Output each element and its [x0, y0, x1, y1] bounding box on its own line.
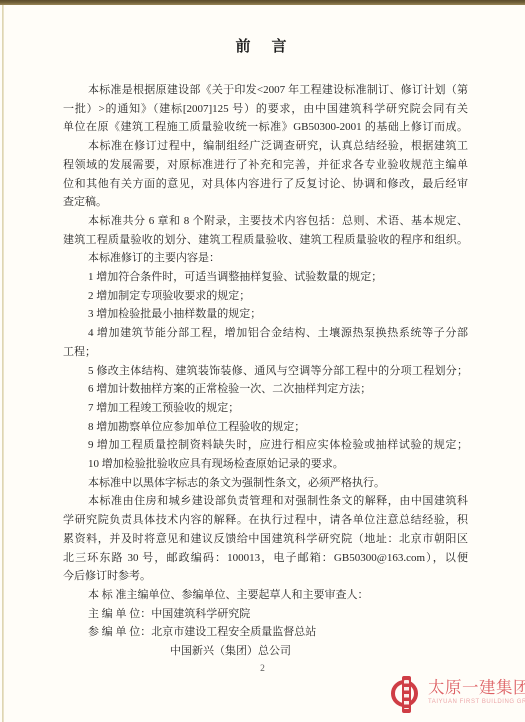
company-name-en: TAIYUAN FIRST BUILDING GROUP — [428, 698, 525, 706]
text-line: 6 增加计数抽样方案的正常检验一次、二次抽样判定方法； — [63, 380, 468, 399]
text-line: 2 增加制定专项验收要求的规定； — [63, 287, 468, 306]
text-line: 参 编 单 位：北京市建设工程安全质量监督总站 — [63, 623, 468, 642]
text-line: 程领域的发展需要，对原标准进行了补充和完善，并征求各专业验收规范主编单 — [63, 156, 468, 175]
company-logo-text: 太原一建集团 TAIYUAN FIRST BUILDING GROUP — [428, 676, 525, 706]
foreword-text: 本标准是根据原建设部《关于印发<2007 年工程建设标准制订、修订计划（第一批）… — [63, 81, 468, 661]
text-line: 一批）>的通知》（建标[2007]125 号）的要求，由中国建筑科学研究院会同有… — [63, 100, 468, 119]
text-line: 本标准由住房和城乡建设部负责管理和对强制性条文的解释，由中国建筑科 — [63, 492, 468, 511]
text-line: 1 增加符合条件时，可适当调整抽样复验、试验数量的规定； — [63, 268, 468, 287]
text-line: 9 增加工程质量控制资料缺失时，应进行相应实体检验或抽样试验的规定； — [63, 436, 468, 455]
text-line: 本标准修订的主要内容是： — [63, 249, 468, 268]
text-line: 10 增加检验批验收应具有现场检查原始记录的要求。 — [63, 455, 468, 474]
text-line: 本标准共分 6 章和 8 个附录，主要技术内容包括：总则、术语、基本规定、 — [63, 212, 468, 231]
text-line: 主 编 单 位：中国建筑科学研究院 — [63, 605, 468, 624]
text-line: 8 增加勘察单位应参加单位工程验收的规定； — [63, 418, 468, 437]
text-line: 查定稿。 — [63, 193, 468, 212]
text-line: 5 修改主体结构、建筑装饰装修、通风与空调等分部工程中的分项工程划分； — [63, 362, 468, 381]
text-line: 7 增加工程竣工预验收的规定； — [63, 399, 468, 418]
document-page: 前 言 本标准是根据原建设部《关于印发<2007 年工程建设标准制订、修订计划（… — [0, 0, 525, 722]
text-line: 4 增加建筑节能分部工程，增加铝合金结构、土壤源热泵换热系统等子分部 — [63, 324, 468, 343]
text-line: 学研究院负责具体技术内容的解释。在执行过程中，请各单位注意总结经验，积 — [63, 511, 468, 530]
text-line: 本标准是根据原建设部《关于印发<2007 年工程建设标准制订、修订计划（第 — [63, 81, 468, 100]
page-title: 前 言 — [0, 35, 525, 56]
page-number: 2 — [0, 664, 525, 674]
text-line: 3 增加检验批最小抽样数量的规定； — [63, 305, 468, 324]
text-line: 本标准在修订过程中，编制组经广泛调查研究，认真总结经验，根据建筑工 — [63, 137, 468, 156]
text-line: 本标准中以黑体字标志的条文为强制性条文，必须严格执行。 — [63, 474, 468, 493]
text-line: 中国新兴（集团）总公司 — [63, 642, 468, 661]
seal-banner-icon — [402, 676, 411, 713]
text-line: 本 标 准主编单位、参编单位、主要起草人和主要审查人： — [63, 586, 468, 605]
text-line: 位和其他有关方面的意见，对具体内容进行了反复讨论、协调和修改，最后经审 — [63, 175, 468, 194]
text-line: 工程； — [63, 343, 468, 362]
page-top-edge — [0, 0, 525, 5]
company-seal-icon — [391, 676, 421, 714]
text-line: 建筑工程质量验收的划分、建筑工程质量验收、建筑工程质量验收的程序和组织。 — [63, 231, 468, 250]
text-line: 累资料，并及时将意见和建议反馈给中国建筑科学研究院（地址：北京市朝阳区 — [63, 530, 468, 549]
company-logo: 太原一建集团 TAIYUAN FIRST BUILDING GROUP — [391, 676, 525, 714]
text-line: 单位在原《建筑工程施工质量验收统一标准》GB50300-2001 的基础上修订而… — [63, 118, 468, 137]
page-left-edge — [2, 5, 4, 722]
company-name-cn: 太原一建集团 — [428, 680, 525, 697]
text-line: 北三环东路 30 号，邮政编码：100013，电子邮箱：GB50300@163.… — [63, 549, 468, 568]
text-line: 今后修订时参考。 — [63, 567, 468, 586]
